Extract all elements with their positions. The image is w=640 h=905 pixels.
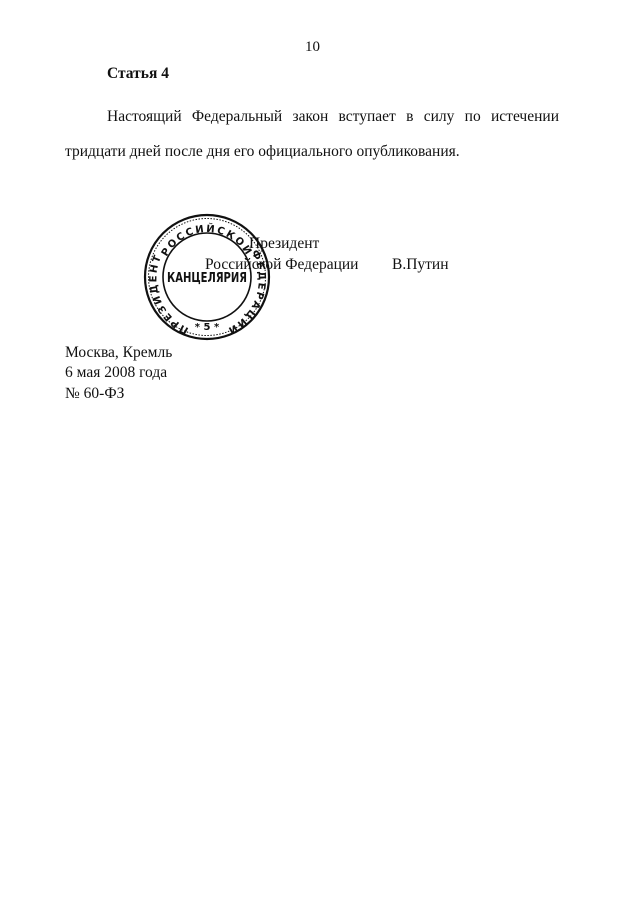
page-number: 10 — [305, 40, 320, 55]
svg-text:ПРЕЗИДЕНТ: ПРЕЗИДЕНТ — [148, 252, 190, 335]
document-page: 10 Статья 4 Настоящий Федеральный закон … — [0, 0, 640, 905]
signing-date: 6 мая 2008 года — [65, 365, 167, 381]
stamp-center-text: КАНЦЕЛЯРИЯ — [167, 271, 247, 286]
signatory-name: В.Путин — [392, 257, 449, 273]
stamp-bottom-text: * 5 * — [195, 322, 220, 333]
article-text-line-2: тридцати дней после дня его официального… — [65, 144, 460, 160]
article-heading: Статья 4 — [107, 66, 169, 82]
stamp-top-text: РОССИЙСКОЙ — [160, 222, 256, 259]
signatory-title-line-1: Президент — [249, 236, 319, 252]
signatory-title-line-2: Российской Федерации — [205, 257, 358, 273]
stamp-left-text: ПРЕЗИДЕНТ — [148, 252, 190, 335]
signing-place: Москва, Кремль — [65, 345, 172, 361]
law-number: № 60-ФЗ — [65, 386, 124, 402]
official-stamp: РОССИЙСКОЙ ПРЕЗИДЕНТ ФЕДЕРАЦИИ КАНЦЕЛЯРИ… — [142, 212, 272, 342]
article-text-line-1: Настоящий Федеральный закон вступает в с… — [107, 109, 559, 125]
svg-text:РОССИЙСКОЙ: РОССИЙСКОЙ — [160, 222, 256, 259]
stamp-seal-icon: РОССИЙСКОЙ ПРЕЗИДЕНТ ФЕДЕРАЦИИ КАНЦЕЛЯРИ… — [142, 212, 272, 342]
